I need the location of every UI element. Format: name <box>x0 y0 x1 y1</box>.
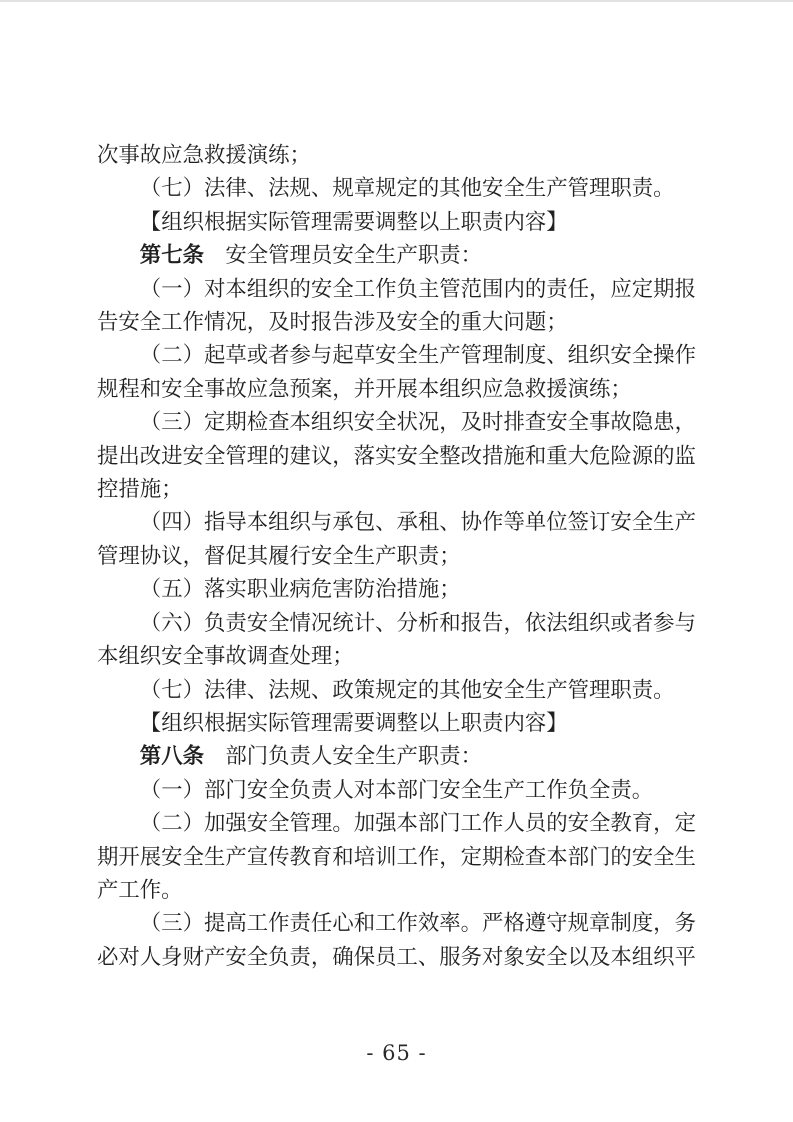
article-8-heading: 第八条 部门负责人安全生产职责： <box>97 740 697 773</box>
article-8-title: 部门负责人安全生产职责： <box>204 744 482 769</box>
paragraph-item-4: （四）指导本组织与承包、承租、协作等单位签订安全生产 管理协议，督促其履行安全生… <box>97 506 697 573</box>
paragraph-item-3: （三）定期检查本组织安全状况，及时排查安全事故隐患， 提出改进安全管理的建议，落… <box>97 406 697 506</box>
article-8-number: 第八条 <box>140 744 204 769</box>
document-body: 次事故应急救援演练； （七）法律、法规、规章规定的其他安全生产管理职责。 【组织… <box>97 139 697 974</box>
paragraph-item-6: （六）负责安全情况统计、分析和报告，依法组织或者参与 本组织安全事故调查处理； <box>97 607 697 674</box>
paragraph-item-1: （一）对本组织的安全工作负主管范围内的责任，应定期报 告安全工作情况，及时报告涉… <box>97 273 697 340</box>
page-top-edge <box>0 0 793 2</box>
paragraph-item-8-3: （三）提高工作责任心和工作效率。严格遵守规章制度，务 必对人身财产安全负责，确保… <box>97 907 697 974</box>
article-7-title: 安全管理员安全生产职责： <box>204 243 482 268</box>
bracket-note-1: 【组织根据实际管理需要调整以上职责内容】 <box>97 206 697 239</box>
page-number: - 65 - <box>0 1040 793 1067</box>
article-7-heading: 第七条 安全管理员安全生产职责： <box>97 239 697 272</box>
article-7-number: 第七条 <box>140 243 204 268</box>
paragraph-item-5: （五）落实职业病危害防治措施； <box>97 573 697 606</box>
paragraph-item-2: （二）起草或者参与起草安全生产管理制度、组织安全操作 规程和安全事故应急预案，并… <box>97 339 697 406</box>
bracket-note-2: 【组织根据实际管理需要调整以上职责内容】 <box>97 707 697 740</box>
document-page: 次事故应急救援演练； （七）法律、法规、规章规定的其他安全生产管理职责。 【组织… <box>0 0 793 1122</box>
paragraph-item-7-article6: （七）法律、法规、规章规定的其他安全生产管理职责。 <box>97 172 697 205</box>
paragraph-item-7: （七）法律、法规、政策规定的其他安全生产管理职责。 <box>97 674 697 707</box>
paragraph-continuation: 次事故应急救援演练； <box>97 139 697 172</box>
paragraph-item-8-2: （二）加强安全管理。加强本部门工作人员的安全教育，定 期开展安全生产宣传教育和培… <box>97 807 697 907</box>
paragraph-item-8-1: （一）部门安全负责人对本部门安全生产工作负全责。 <box>97 774 697 807</box>
